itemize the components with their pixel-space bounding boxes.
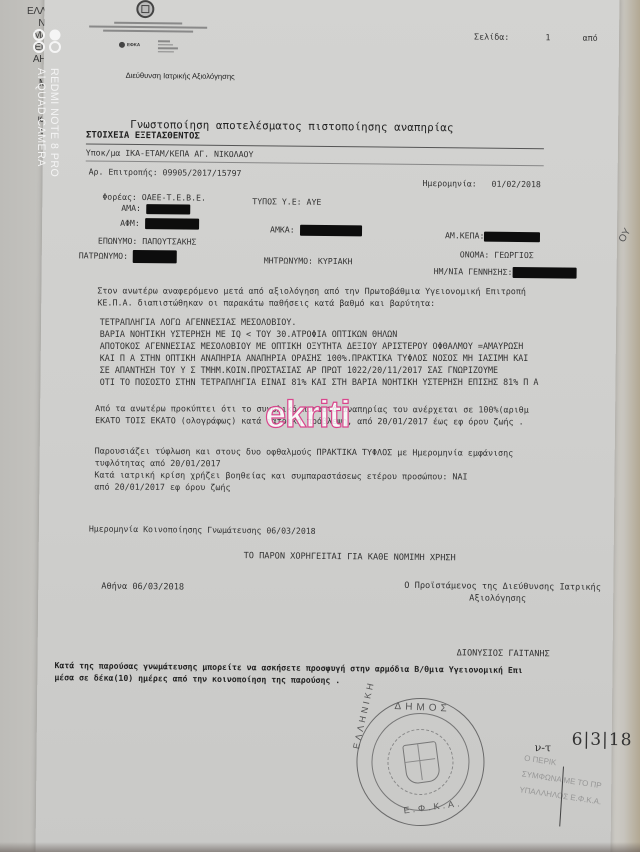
signatory-title: Ο Προϊστάμενος της Διεύθυνσης Ιατρικής [404,581,601,593]
findings-intro: Στον ανωτέρω αναφερόμενο μετά από αξιολό… [97,284,526,309]
stamp-top-text: ΔΗΜΟΣ [394,701,451,715]
blindness-block: Παρουσιάζει τύφλωση και στους δυο οφθαλμ… [95,445,514,471]
committee-number: Αρ. Επιτροπής: 09905/2017/15797 [89,166,242,178]
page-of-label: από [583,33,598,43]
redacted-ama [146,204,190,214]
handwritten-date: 6|3|18 [572,730,633,751]
diagnosis-line: ΒΑΡΙΑ ΝΟΗΤΙΚΗ ΥΣΤΕΡΗΣΗ ΜΕ IQ < ΤΟΥ 30.ΑΤ… [100,328,539,340]
redmi-logo-icon [30,28,66,54]
field-onoma: ΟΝΟΜΑ: ΓΕΩΡΓΙΟΣ [460,249,534,260]
diagnosis-line: ΟΤΙ ΤΟ ΠΟΣΟΣΤΟ ΣΤΗΝ ΤΕΤΡΑΠΛΗΓΙΑ ΕΙΝΑΙ 81… [100,376,539,388]
assistance-line: από 20/01/2017 εφ όρου ζωής [94,481,467,495]
appeal-notice: Κατά της παρούσας γνωμάτευσης μπορείτε ν… [54,659,523,688]
efka-logo-icon [119,42,125,48]
page-label: Σελίδα: [474,32,509,42]
efka-logo: ΕΦΚΑ [119,42,140,48]
official-stamp: ΔΗΜΟΣ ΕΛΛΗΝΙΚΗ Ε.Φ.Κ.Α. [349,690,492,833]
page-number: 1 [545,32,550,42]
page-indicator: Σελίδα: 1 από [474,32,598,43]
field-amka: ΑΜΚΑ: [270,224,362,236]
field-foreas: Φορέας: ΟΑΕΕ-Τ.Ε.Β.Ε. [102,192,206,203]
signatory-title-line2: Αξιολόγησης [469,593,526,604]
field-am-kepa: ΑΜ.ΚΕΠΑ: [445,230,541,241]
document-date: Ημερομηνία: 01/02/2018 [422,178,540,189]
legal-use-statement: ΤΟ ΠΑΡΟΝ ΧΟΡΗΓΕΙΤΑΙ ΓΙΑ ΚΑΘΕ ΝΟΜΙΜΗ ΧΡΗΣ… [244,551,456,563]
field-mitronymo: ΜΗΤΡΩΝΥΜΟ: ΚΥΡΙΑΚΗ [264,255,353,266]
ministry-text-block [89,21,207,34]
site-watermark: ekriti [265,394,350,437]
diagnosis-line: ΣΕ ΑΠΑΝΤΗΣΗ ΤΟΥ Υ Σ ΤΜΗΜ.ΚΟΙΝ.ΠΡΟΣΤΑΣΙΑΣ… [100,364,539,376]
field-ama: ΑΜΑ: [121,203,190,214]
stamp-emblem-icon [402,741,441,785]
greek-emblem-icon [136,0,154,18]
place-date: Αθήνα 06/03/2018 [101,582,184,593]
divider [86,160,544,166]
field-afm: ΑΦΜ: [120,218,199,230]
diagnosis-line: ΚΑΙ Π Α ΣΤΗΝ ΟΠΤΙΚΗ ΑΝΑΠΗΡΙΑ ΑΝΑΠΗΡΙΑ ΟΡ… [100,352,539,364]
diagnosis-line: ΤΕΤΡΑΠΛΗΓΙΑ ΛΟΓΩ ΑΓΕΝΝΕΣΙΑΣ ΜΕΣΟΛΟΒΙΟΥ. [100,316,539,328]
findings-intro-line: Στον ανωτέρω αναφερόμενο μετά από αξιολό… [97,284,526,297]
notification-date: Ημερομηνία Κοινοποίησης Γνωμάτευσης 06/0… [89,524,316,536]
camera-watermark-text: REDMI NOTE 8 PRO AI QUAD CAMERA [34,68,60,177]
diagnosis-line: ΑΠΟΤΟΚΟΣ ΑΓΕΝΝΕΣΙΑΣ ΜΕΣΟΛΟΒΙΟΥ ΜΕ ΟΠΤΙΚΗ… [100,340,539,352]
stamp-side-text: ΕΛΛΗΝΙΚΗ [351,679,376,750]
field-birth-date: ΗΜ/ΝΙΑ ΓΕΝΝΗΣΗΣ: [434,266,577,278]
field-typos: ΤΥΠΟΣ Υ.Ε: ΑΥΕ [252,196,321,207]
submitted-to: Υποκ/μα ΙΚΑ-ΕΤΑΜ/ΚΕΠΑ ΑΓ. ΝΙΚΟΛΑΟΥ [86,147,254,159]
efka-subtitle-block [158,40,178,54]
field-patronymo: ΠΑΤΡΩΝΥΜΟ: [79,249,177,263]
redacted-afm [145,218,199,230]
field-eponymo: ΕΠΩΝΥΜΟ: ΠΑΠΟΥΤΣΑΚΗΣ [98,236,197,247]
directorate-name: Διεύθυνση Ιατρικής Αξιολόγησης [126,71,235,81]
redacted-patronymo [133,250,177,263]
findings-intro-line: ΚΕ.Π.Α. διαπιστώθηκαν οι παρακάτω παθήσε… [97,296,526,309]
redacted-birth-date [512,267,576,279]
redacted-amka [300,225,362,237]
assistance-block: Κατά ιατρική κρίση χρήζει βοηθείας και σ… [94,469,467,495]
diagnosis-block: ΤΕΤΡΑΠΛΗΓΙΑ ΛΟΓΩ ΑΓΕΝΝΕΣΙΑΣ ΜΕΣΟΛΟΒΙΟΥ.Β… [100,316,539,388]
background-right-edge-text: ΟΥ [617,227,634,245]
signatory-name: ΔΙΟΝΥΣΙΟΣ ΓΑΙΤΑΝΗΣ [457,648,550,659]
redacted-am-kepa [484,231,540,242]
section-heading: ΣΤΟΙΧΕΙΑ ΕΞΕΤΑΣΘΕΝΤΟΣ [86,130,200,141]
photo-bottom-shadow [0,842,640,852]
